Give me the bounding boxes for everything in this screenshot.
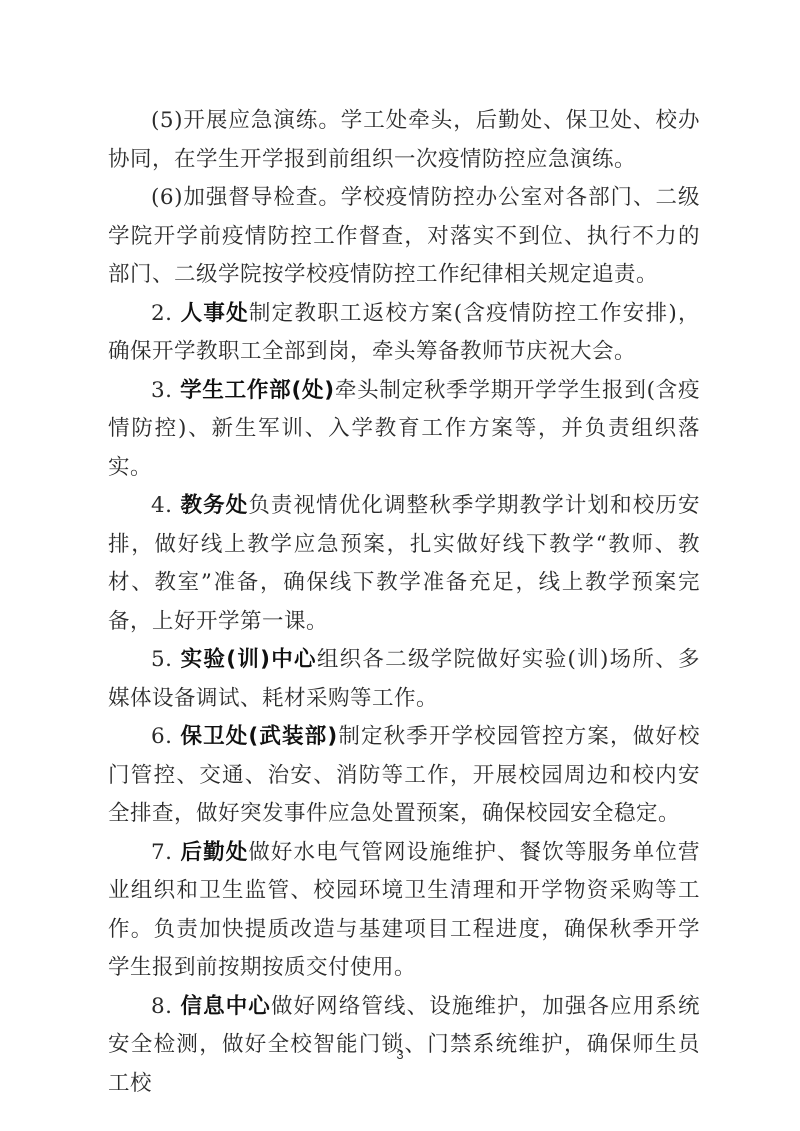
item-number: 3.: [151, 378, 180, 403]
department-name: 信息中心: [180, 994, 270, 1019]
item-number: 5.: [151, 647, 181, 672]
paragraph-text: (5)开展应急演练。学工处牵头，后勤处、保卫处、校办协同，在学生开学报到前组织一…: [108, 108, 700, 172]
paragraph-student-affairs: 3. 学生工作部(处)牵头制定秋季学期开学学生报到(含疫情防控)、新生军训、入学…: [108, 372, 700, 488]
item-number: 8.: [151, 994, 180, 1019]
paragraph-hr-office: 2. 人事处制定教职工返校方案(含疫情防控工作安排)，确保开学教职工全部到岗，牵…: [108, 295, 700, 372]
item-number: 4.: [151, 493, 180, 518]
document-page: (5)开展应急演练。学工处牵头，后勤处、保卫处、校办协同，在学生开学报到前组织一…: [108, 102, 700, 1103]
department-name: 实验(训)中心: [181, 647, 317, 672]
page-number: 3: [0, 1047, 800, 1062]
department-name: 人事处: [181, 301, 249, 326]
item-number: 6.: [151, 724, 181, 749]
paragraph-supervision: (6)加强督导检查。学校疫情防控办公室对各部门、二级学院开学前疫情防控工作督查，…: [108, 179, 700, 295]
item-number: 2.: [151, 301, 181, 326]
paragraph-text: (6)加强督导检查。学校疫情防控办公室对各部门、二级学院开学前疫情防控工作督查，…: [108, 185, 700, 287]
paragraph-information-center: 8. 信息中心做好网络管线、设施维护，加强各应用系统安全检测，做好全校智能门锁、…: [108, 988, 700, 1104]
paragraph-emergency-drill: (5)开展应急演练。学工处牵头，后勤处、保卫处、校办协同，在学生开学报到前组织一…: [108, 102, 700, 179]
paragraph-lab-center: 5. 实验(训)中心组织各二级学院做好实验(训)场所、多媒体设备调试、耗材采购等…: [108, 641, 700, 718]
item-number: 7.: [151, 840, 180, 865]
department-name: 学生工作部(处): [180, 378, 335, 403]
paragraph-security-office: 6. 保卫处(武装部)制定秋季开学校园管控方案，做好校门管控、交通、治安、消防等…: [108, 718, 700, 834]
paragraph-logistics-office: 7. 后勤处做好水电气管网设施维护、餐饮等服务单位营业组织和卫生监管、校园环境卫…: [108, 834, 700, 988]
paragraph-academic-affairs: 4. 教务处负责视情优化调整秋季学期教学计划和校历安排，做好线上教学应急预案，扎…: [108, 487, 700, 641]
department-name: 教务处: [180, 493, 248, 518]
department-name: 保卫处(武装部): [181, 724, 338, 749]
department-name: 后勤处: [180, 840, 248, 865]
